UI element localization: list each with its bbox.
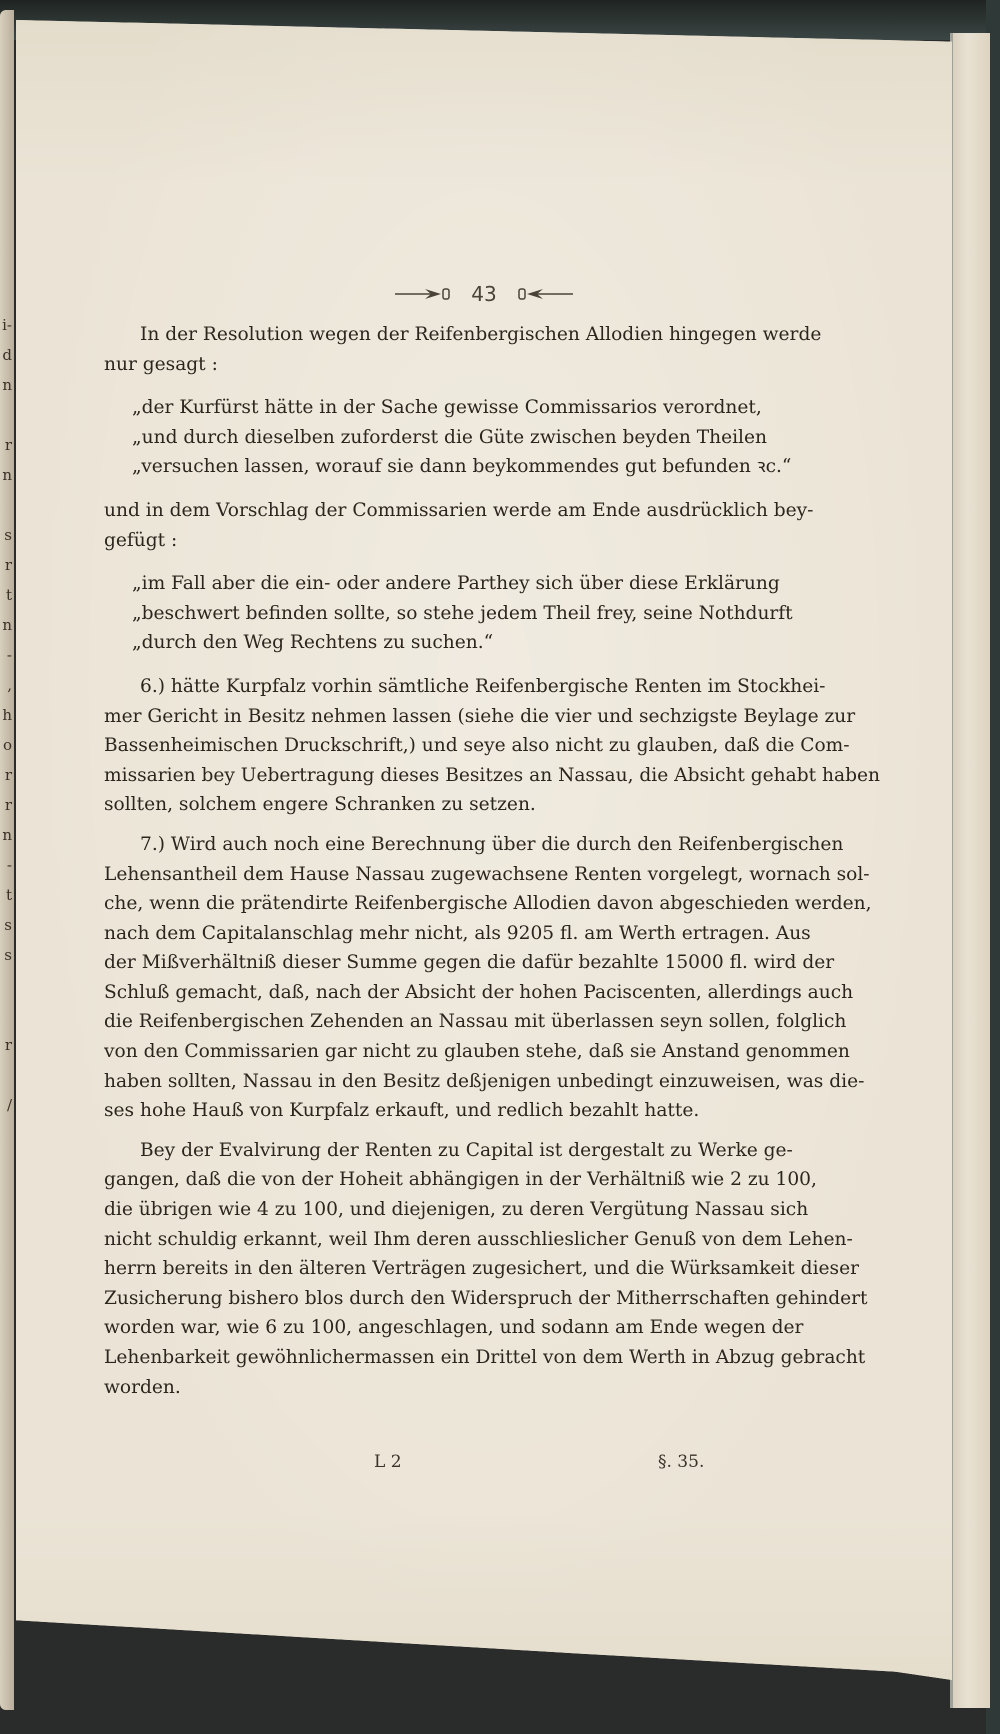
text-line: nicht schuldig erkannt, weil Ihm deren a… xyxy=(104,1225,714,1255)
text-line: nach dem Capitalanschlag mehr nicht, als… xyxy=(104,919,714,949)
text-line: gangen, daß die von der Hoheit abhängige… xyxy=(104,1165,714,1195)
text-line: „und durch dieselben zuforderst die Güte… xyxy=(104,423,714,453)
paragraph: In der Resolution wegen der Reifenbergis… xyxy=(104,320,714,379)
text-line: 6.) hätte Kurpfalz vorhin sämtliche Reif… xyxy=(104,672,714,702)
paragraph-gap xyxy=(104,555,714,569)
text-line: worden. xyxy=(104,1373,714,1403)
text-line: che, wenn die prätendirte Reifenbergisch… xyxy=(104,889,714,919)
ornament-left-icon xyxy=(395,288,455,300)
facing-page-fragment xyxy=(0,1060,14,1090)
text-line: Schluß gemacht, daß, nach der Absicht de… xyxy=(104,978,714,1008)
facing-page-fragment: n xyxy=(0,610,14,640)
facing-page-fragment: r xyxy=(0,1030,14,1060)
facing-page-fragment: n xyxy=(0,460,14,490)
facing-page-fragment: h xyxy=(0,700,14,730)
signature-mark: L 2 xyxy=(374,1452,402,1472)
text-line: die Reifenbergischen Zehenden an Nassau … xyxy=(104,1007,714,1037)
facing-page-fragment: - xyxy=(0,850,14,880)
facing-page-fragment: r xyxy=(0,760,14,790)
paragraph: 7.) Wird auch noch eine Berechnung über … xyxy=(104,830,714,1126)
paragraph: 6.) hätte Kurpfalz vorhin sämtliche Reif… xyxy=(104,672,714,820)
text-line: In der Resolution wegen der Reifenbergis… xyxy=(104,320,714,350)
text-line: mer Gericht in Besitz nehmen lassen (sie… xyxy=(104,702,714,732)
text-line: und in dem Vorschlag der Commissarien we… xyxy=(104,496,714,526)
text-line: herrn bereits in den älteren Verträgen z… xyxy=(104,1254,714,1284)
text-line: „beschwert befinden sollte, so stehe jed… xyxy=(104,599,714,629)
facing-page-fragment: s xyxy=(0,520,14,550)
facing-page-fragment: / xyxy=(0,1090,14,1120)
facing-page-fragment: r xyxy=(0,430,14,460)
facing-page-fragment xyxy=(0,1000,14,1030)
text-line: nur gesagt : xyxy=(104,350,714,380)
facing-page-fragment: t xyxy=(0,580,14,610)
text-line: gefügt : xyxy=(104,526,714,556)
text-line: „der Kurfürst hätte in der Sache gewisse… xyxy=(104,393,714,423)
text-line: haben sollten, Nassau in den Besitz deßj… xyxy=(104,1067,714,1097)
paragraph-gap xyxy=(104,379,714,393)
text-line: ses hohe Hauß von Kurpfalz erkauft, und … xyxy=(104,1096,714,1126)
text-line: 7.) Wird auch noch eine Berechnung über … xyxy=(104,830,714,860)
facing-page-fragment: - xyxy=(0,640,14,670)
page-number: 43 xyxy=(471,282,496,306)
facing-page-fragment xyxy=(0,1120,14,1150)
facing-page-fragment: o xyxy=(0,730,14,760)
text-line: von den Commissarien gar nicht zu glaube… xyxy=(104,1037,714,1067)
text-line: Bey der Evalvirung der Renten zu Capital… xyxy=(104,1136,714,1166)
text-line: „im Fall aber die ein- oder andere Parth… xyxy=(104,569,714,599)
running-header: 43 xyxy=(16,280,952,306)
text-line: Lehenbarkeit gewöhnlichermassen ein Drit… xyxy=(104,1343,714,1373)
facing-page-text-fragments: i-dn rn srtn-,horrn-tss r / xyxy=(0,310,14,1150)
facing-page-fragment: n xyxy=(0,820,14,850)
text-line: der Mißverhältniß dieser Summe gegen die… xyxy=(104,948,714,978)
facing-page-fragment xyxy=(0,490,14,520)
catchword: §. 35. xyxy=(658,1452,704,1472)
paragraph-gap xyxy=(104,482,714,496)
underlying-page-edge xyxy=(950,33,990,1708)
facing-page-fragment xyxy=(0,970,14,1000)
facing-page-fragment xyxy=(0,400,14,430)
text-line: „versuchen lassen, worauf sie dann beyko… xyxy=(104,452,714,482)
facing-page-edge: i-dn rn srtn-,horrn-tss r / xyxy=(0,10,14,1710)
facing-page-fragment: s xyxy=(0,910,14,940)
text-line: Lehensantheil dem Hause Nassau zugewachs… xyxy=(104,860,714,890)
paragraph-gap xyxy=(104,1126,714,1136)
paragraph: Bey der Evalvirung der Renten zu Capital… xyxy=(104,1136,714,1402)
block-quote: „im Fall aber die ein- oder andere Parth… xyxy=(104,569,714,658)
facing-page-fragment: t xyxy=(0,880,14,910)
facing-page-fragment: i- xyxy=(0,310,14,340)
text-line: „durch den Weg Rechtens zu suchen.“ xyxy=(104,628,714,658)
facing-page-fragment: n xyxy=(0,370,14,400)
facing-page-fragment: , xyxy=(0,670,14,700)
ornament-right-icon xyxy=(513,288,573,300)
paragraph-gap xyxy=(104,658,714,672)
facing-page-fragment: s xyxy=(0,940,14,970)
text-line: Bassenheimischen Druckschrift,) und seye… xyxy=(104,731,714,761)
text-line: sollten, solchem engere Schranken zu set… xyxy=(104,790,714,820)
text-line: Zusicherung bishero blos durch den Wider… xyxy=(104,1284,714,1314)
text-line: missarien bey Uebertragung dieses Besitz… xyxy=(104,761,714,791)
block-quote: „der Kurfürst hätte in der Sache gewisse… xyxy=(104,393,714,482)
facing-page-fragment: r xyxy=(0,550,14,580)
body-text: In der Resolution wegen der Reifenbergis… xyxy=(104,320,714,1402)
paragraph: und in dem Vorschlag der Commissarien we… xyxy=(104,496,714,555)
book-page: 43 In der Resolution wegen der Reifenber… xyxy=(16,20,952,1680)
facing-page-fragment: r xyxy=(0,790,14,820)
facing-page-fragment: d xyxy=(0,340,14,370)
paragraph-gap xyxy=(104,820,714,830)
text-line: die übrigen wie 4 zu 100, und diejenigen… xyxy=(104,1195,714,1225)
text-line: worden war, wie 6 zu 100, angeschlagen, … xyxy=(104,1313,714,1343)
